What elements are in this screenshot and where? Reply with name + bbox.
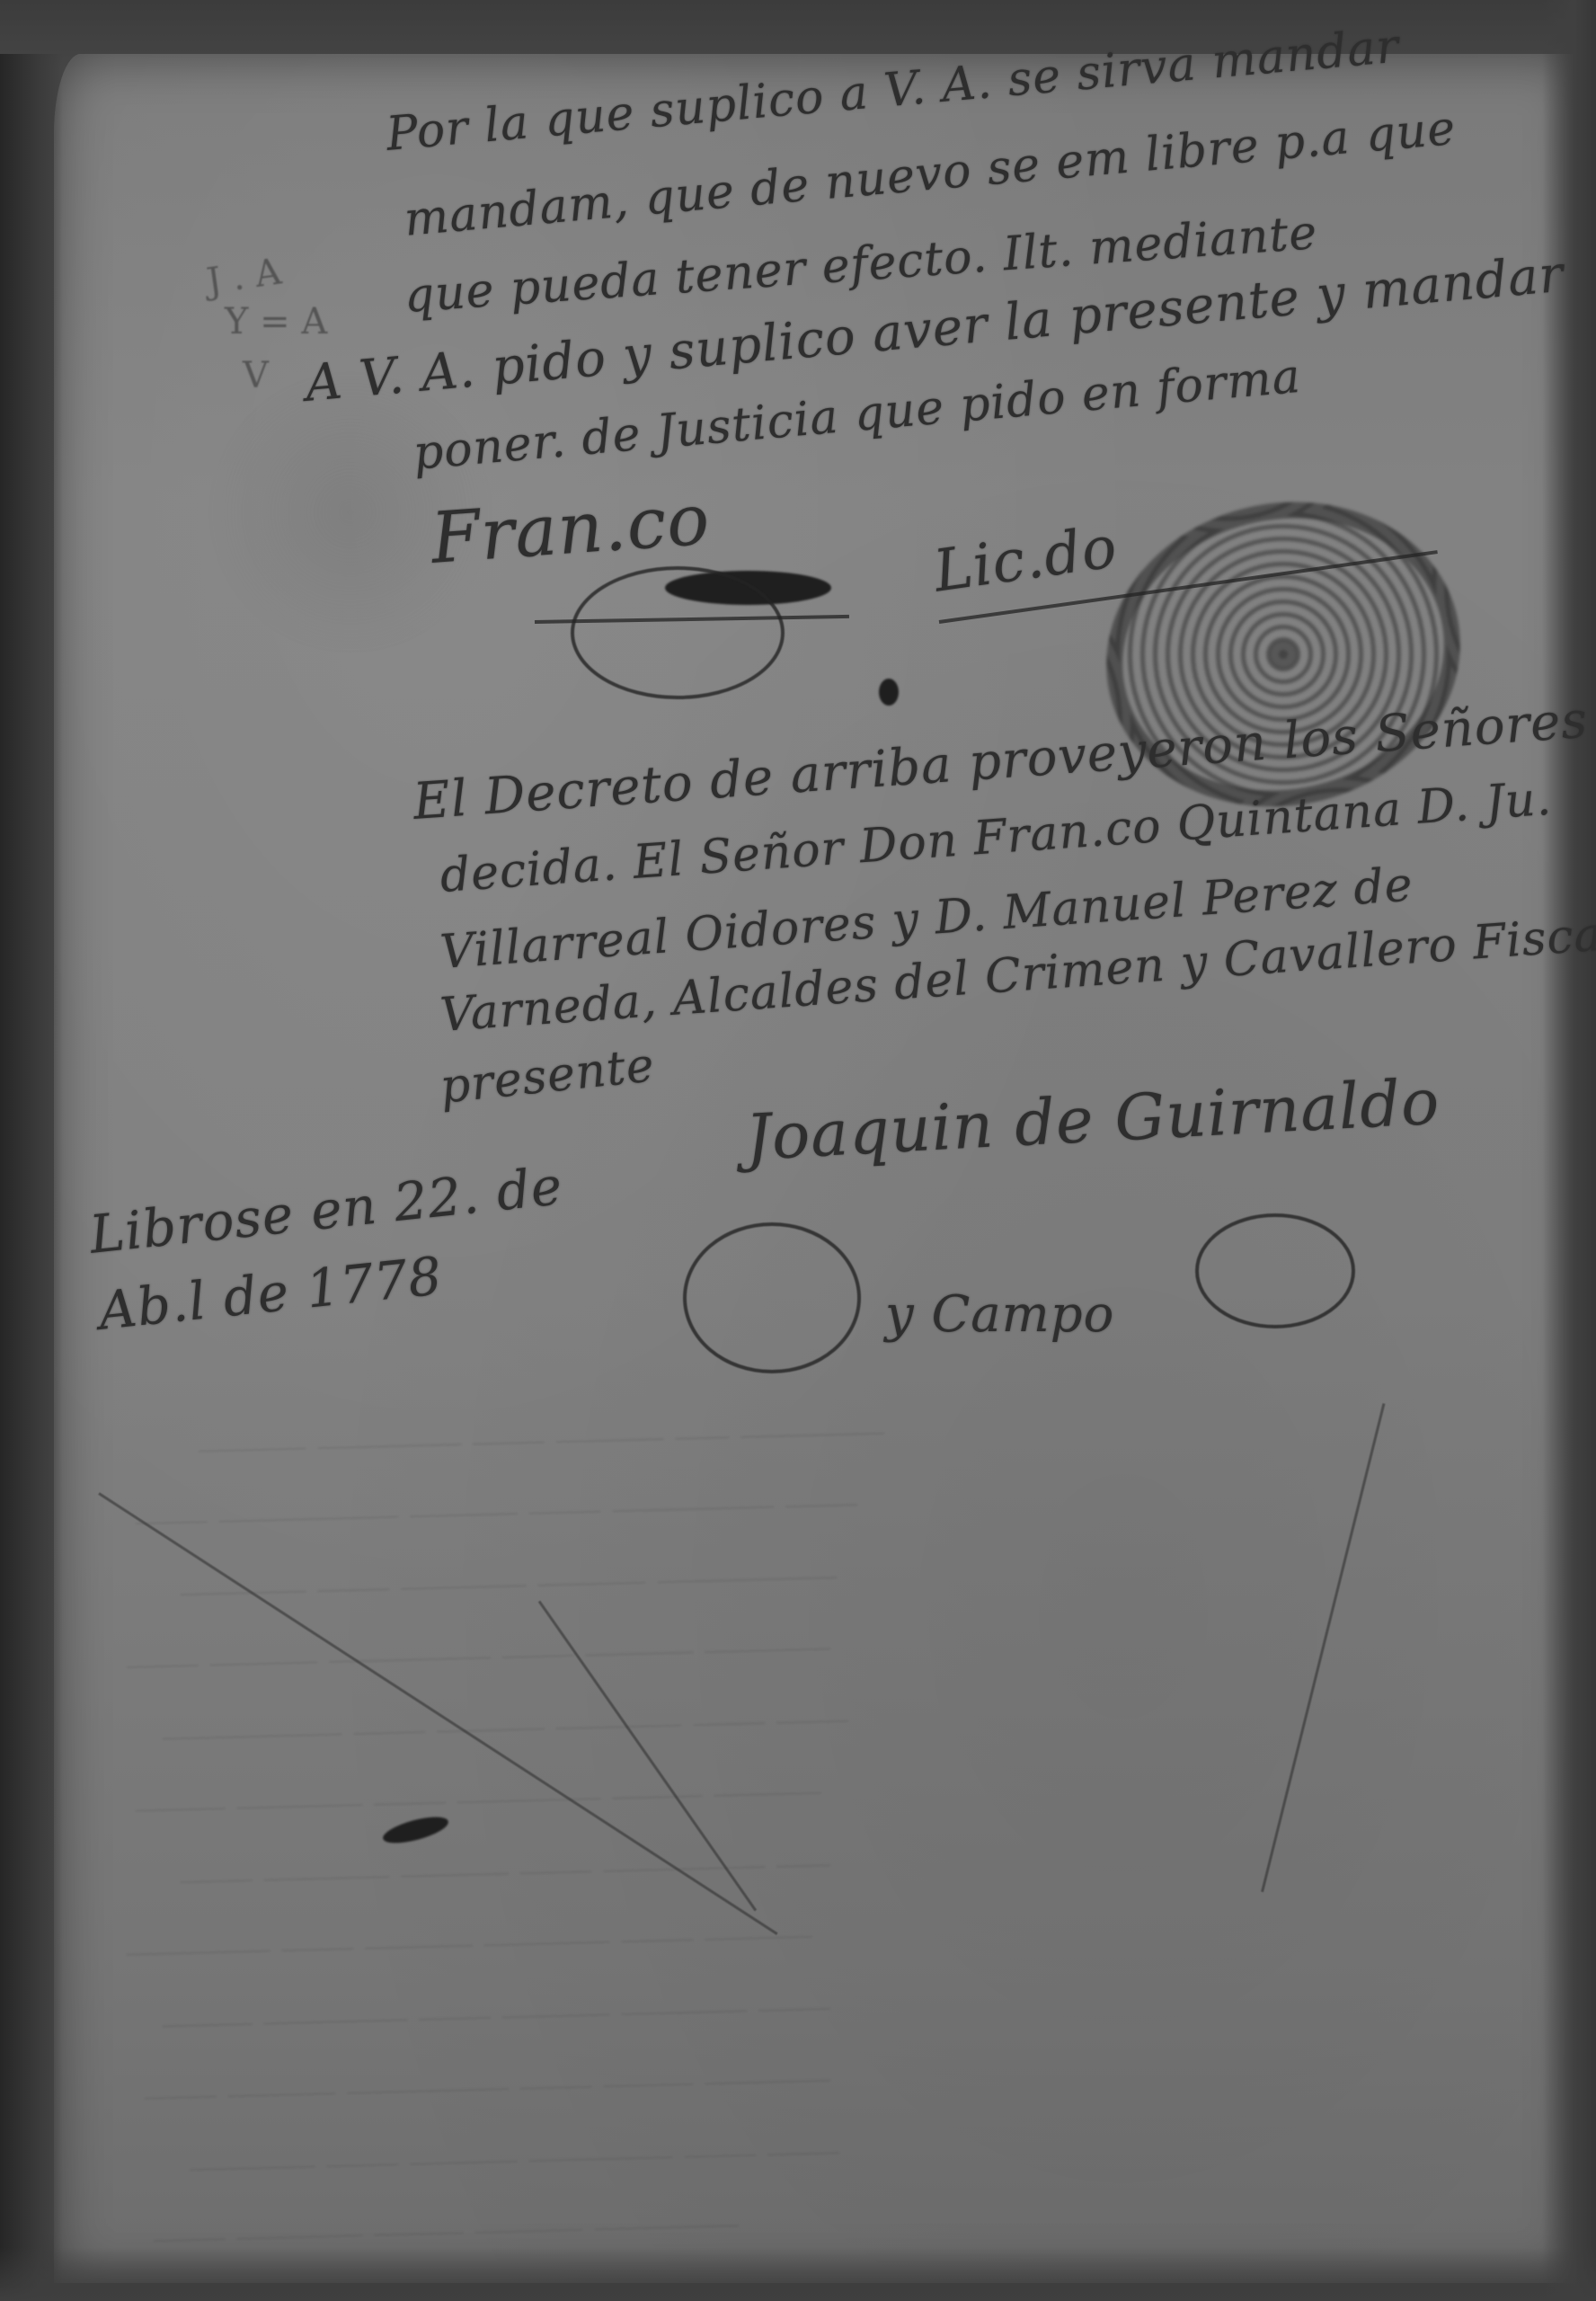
signature-flourish-1 bbox=[571, 566, 785, 699]
page-bottom-edge bbox=[0, 2247, 1596, 2301]
decree-signature-suffix: y Campo bbox=[885, 1285, 1114, 1344]
page-right-edge bbox=[1542, 0, 1596, 2301]
ink-dot bbox=[879, 679, 899, 706]
margin-note-middle: Y = A bbox=[225, 301, 327, 342]
decree-signature-flourish-left bbox=[683, 1222, 861, 1373]
binding-shadow bbox=[0, 54, 63, 2301]
margin-note-lower: V bbox=[243, 355, 269, 396]
decree-signature-flourish-right bbox=[1195, 1213, 1355, 1328]
